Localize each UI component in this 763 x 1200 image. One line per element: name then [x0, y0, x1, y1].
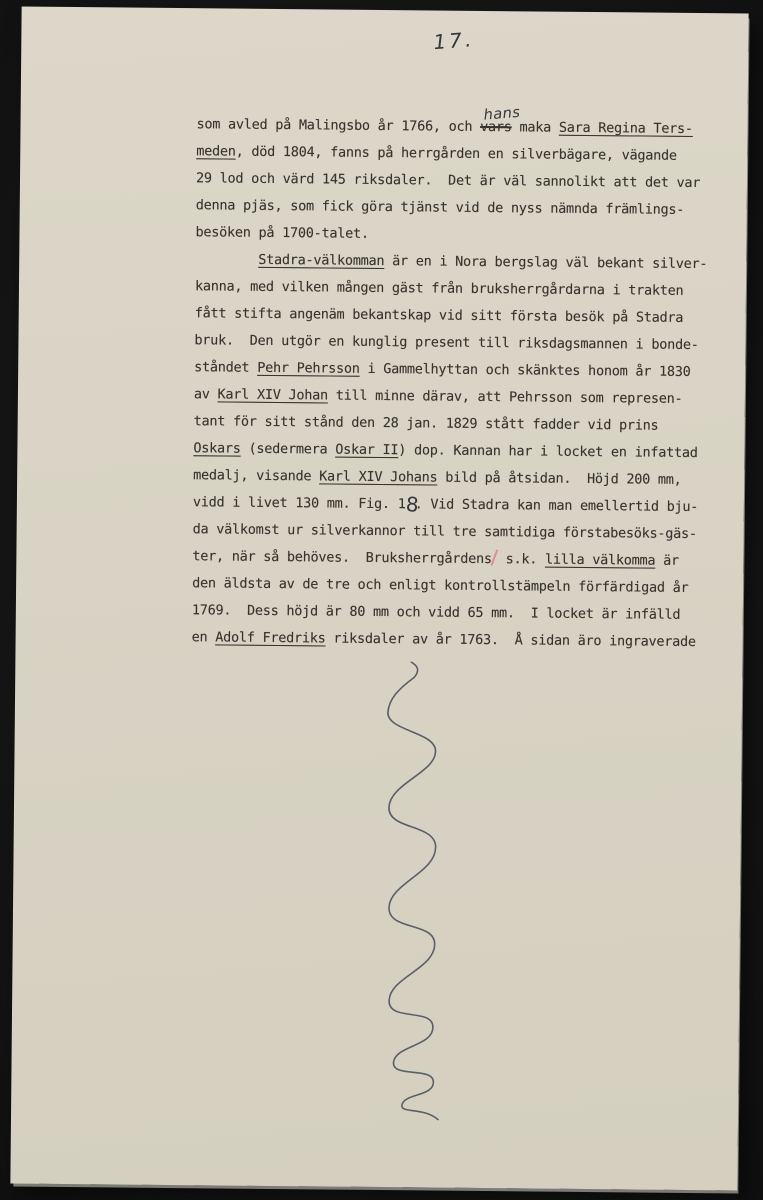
underlined-name: Oskar II [335, 442, 398, 459]
typed-text: ) dop. Kannan har i locket en infattad [398, 442, 697, 461]
typed-text: medalj, visande [193, 467, 319, 484]
underlined-name: Stadra-välkomman [258, 252, 384, 269]
typed-text-block: som avled på Malingsbo år 1766, och vars… [191, 111, 708, 656]
typed-text: ter, när så behöves. Bruksherrgårdens [192, 548, 491, 567]
typed-text: till minne därav, att Pehrsson som repre… [328, 387, 683, 406]
typed-text: s.k. [498, 551, 545, 567]
underlined-name: Oskars [193, 440, 240, 456]
handwritten-page-number: 17. [432, 27, 475, 54]
typed-text: da välkomst ur silverkannor till tre sam… [193, 521, 697, 542]
typed-text: fått stifta angenäm bekantskap vid sitt … [195, 305, 684, 326]
typed-text: vidd i livet 130 mm. Fig. 1 [193, 494, 406, 512]
underlined-name: meden [196, 143, 236, 159]
underlined-name: lilla välkomma [545, 552, 655, 569]
underlined-name: Pehr Pehrsson [257, 360, 360, 377]
typed-text: en [192, 629, 216, 645]
typed-text: 1769. Dess höjd är 80 mm och vidd 65 mm.… [192, 602, 681, 623]
underlined-name: Karl XIV Johans [319, 468, 437, 485]
handwritten-digit: 8 [405, 494, 418, 515]
typed-text: . Vid Stadra kan man emellertid bju- [415, 496, 699, 515]
typed-text: 29 lod och värd 145 riksdaler. Det är vä… [196, 170, 700, 191]
typed-text: , död 1804, fanns på herrgården en silve… [236, 144, 677, 164]
typed-text: är en i Nora bergslag väl bekant silver- [384, 253, 707, 272]
underlined-name: Karl XIV Johan [218, 386, 328, 403]
underlined-name: Adolf Fredriks [215, 629, 325, 646]
typed-text: besöken på 1700-talet. [195, 224, 368, 242]
typed-text: ståndet [194, 359, 257, 376]
typed-text: denna pjäs, som fick göra tjänst vid de … [196, 197, 685, 218]
typed-text: bruk. Den utgör en kunglig present till … [194, 332, 698, 353]
paper-sheet: 17. som avled på Malingsbo år 1766, och … [10, 7, 748, 1191]
typed-text: som avled på Malingsbo år 1766, och [196, 116, 480, 135]
typed-text [195, 251, 258, 268]
typed-text: av [194, 386, 218, 402]
typed-text: riksdaler av år 1763. Å sidan äro ingrav… [325, 630, 695, 650]
typed-text: tant för sitt stånd den 28 jan. 1829 stå… [194, 413, 659, 433]
typed-text: den äldsta av de tre och enligt kontroll… [192, 575, 688, 596]
typed-text: (sedermera [241, 441, 336, 458]
typed-text: kanna, med vilken mången gäst från bruks… [195, 278, 684, 299]
handwritten-correction: hans [482, 100, 521, 130]
underlined-name: Sara Regina Ters- [559, 120, 693, 137]
typed-line: en Adolf Fredriks riksdaler av år 1763. … [191, 624, 703, 656]
typed-text: bild på åtsidan. Höjd 200 mm, [437, 470, 681, 488]
typed-text: i Gammelhyttan och skänktes honom år 183… [360, 361, 691, 380]
struck-out-word: varshans [480, 119, 512, 135]
typed-text: är [655, 553, 679, 569]
